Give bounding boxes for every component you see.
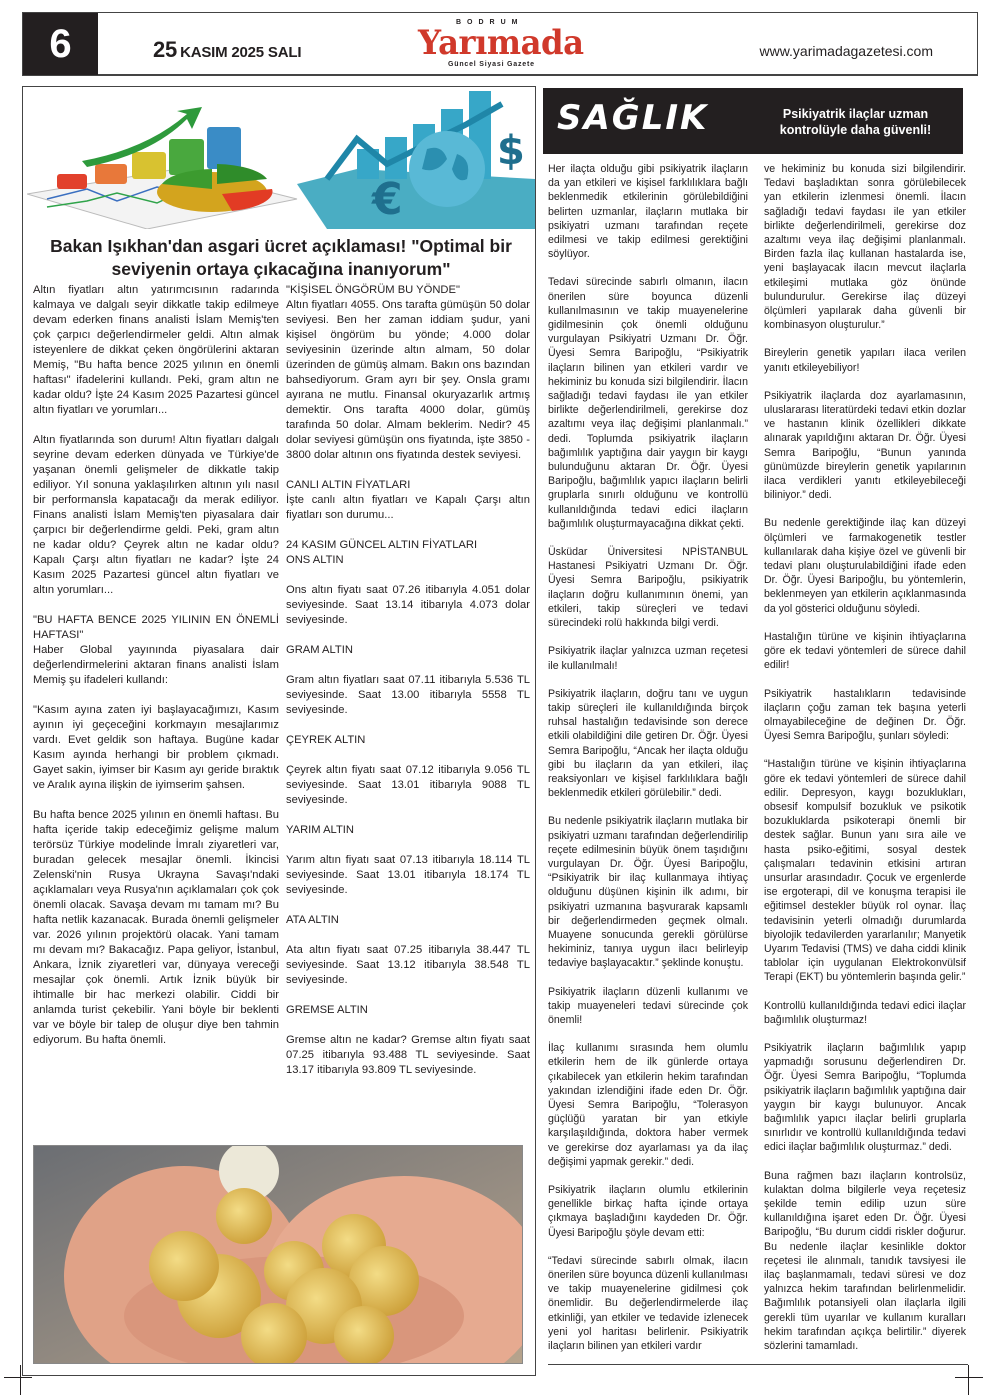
paragraph: ve hekiminiz bu konuda sizi bilgilendiri…: [764, 162, 966, 332]
paragraph: Bu nedenle gerektiğinde ilaç kan düzeyi …: [764, 516, 966, 615]
gold-coins-icon: [34, 1146, 523, 1364]
issue-date: 25KASIM 2025 SALI: [153, 37, 301, 63]
logo-main-text: Yarımada: [418, 23, 584, 63]
paragraph: Altın fiyatları altın yatırımcısının rad…: [33, 283, 279, 418]
paragraph: "Kasım ayına zaten iyi başlayacağımızı, …: [33, 703, 279, 793]
health-section-title: SAĞLIK: [557, 98, 708, 138]
issue-date-day: 25: [153, 37, 177, 62]
crop-mark: [955, 1377, 983, 1378]
paragraph: Haber Global yayınında piyasalara dair d…: [33, 643, 279, 688]
subheading: Psikiyatrik ilaçların düzenli kullanımı …: [548, 985, 748, 1028]
svg-text:$: $: [497, 128, 525, 174]
subheading: ATA ALTIN: [286, 913, 530, 928]
finance-illustration: € $: [27, 89, 535, 229]
paragraph: Çeyrek altın fiyatı saat 07.12 itibarıyl…: [286, 763, 530, 808]
crop-mark: [4, 1377, 32, 1378]
newspaper-logo[interactable]: BODRUM Yarımada Güncel Siyasi Gazete: [418, 19, 588, 75]
health-article-column-2: ve hekiminiz bu konuda sizi bilgilendiri…: [764, 162, 966, 1367]
subheading: ÇEYREK ALTIN: [286, 733, 530, 748]
paragraph: Altın fiyatları 4055. Ons tarafta gümüşü…: [286, 298, 530, 463]
paragraph: Üsküdar Üniversitesi NPİSTANBUL Hastanes…: [548, 545, 748, 630]
paragraph: Psikiyatrik ilaçların olumlu etkilerinin…: [548, 1183, 748, 1240]
svg-text:€: €: [371, 174, 403, 225]
issue-date-rest: KASIM 2025 SALI: [180, 44, 301, 61]
paragraph: Altın fiyatlarında son durum! Altın fiya…: [33, 433, 279, 598]
subheading: YARIM ALTIN: [286, 823, 530, 838]
health-article-column-1: Her ilaçta olduğu gibi psikiyatrik ilaçl…: [548, 162, 748, 1367]
finance-charts-icon: € $: [27, 89, 535, 229]
gold-coins-photo: [33, 1145, 523, 1364]
paragraph: Her ilaçta olduğu gibi psikiyatrik ilaçl…: [548, 162, 748, 261]
paragraph: “Hastalığın türüne ve kişinin ihtiyaçlar…: [764, 757, 966, 984]
gold-article: € $ Bakan Işıkhan'dan asgari ücret açıkl…: [22, 86, 536, 1376]
gold-article-headline: Bakan Işıkhan'dan asgari ücret açıklamas…: [27, 235, 535, 281]
subheading: "BU HAFTA BENCE 2025 YILININ EN ÖNEMLİ H…: [33, 613, 279, 643]
paragraph: Psikiyatrik hastalıkların tedavisinde il…: [764, 687, 966, 744]
paragraph: Ons altın fiyatı saat 07.26 itibarıyla 4…: [286, 583, 530, 628]
paragraph: “Tedavi sürecinde sabırlı olmak, ilacın …: [548, 1254, 748, 1353]
paragraph: Ata altın fiyatı saat 07.25 itibarıyla 3…: [286, 943, 530, 988]
subheading: Psikiyatrik ilaçlar yalnızca uzman reçet…: [548, 644, 748, 672]
crop-mark: [968, 1365, 969, 1395]
paragraph: Gremse altın ne kadar? Gremse altın fiya…: [286, 1033, 530, 1078]
paragraph: Bu nedenle psikiyatrik ilaçların mutlaka…: [548, 814, 748, 970]
health-article-headline: Psikiyatrik ilaçlar uzman kontrolüyle da…: [763, 106, 948, 138]
gold-article-column-1: Altın fiyatları altın yatırımcısının rad…: [33, 283, 279, 1063]
subheading: "KİŞİSEL ÖNGÖRÜM BU YÖNDE": [286, 283, 530, 298]
health-section-banner: SAĞLIK Psikiyatrik ilaçlar uzman kontrol…: [543, 88, 963, 154]
website-link[interactable]: www.yarimadagazetesi.com: [759, 43, 933, 59]
paragraph: Gram altın fiyatları saat 07.11 itibarıy…: [286, 673, 530, 718]
subheading: ONS ALTIN: [286, 553, 530, 568]
subheading: GREMSE ALTIN: [286, 1003, 530, 1018]
bottom-rule: [548, 1364, 968, 1365]
gold-article-column-2: "KİŞİSEL ÖNGÖRÜM BU YÖNDE" Altın fiyatla…: [286, 283, 530, 1093]
paragraph: Buna rağmen bazı ilaçların kontrolsüz, k…: [764, 1169, 966, 1354]
subheading: 24 KASIM GÜNCEL ALTIN FİYATLARI: [286, 538, 530, 553]
page-header: 6 25KASIM 2025 SALI BODRUM Yarımada Günc…: [22, 12, 978, 76]
paragraph: Tedavi sürecinde sabırlı olmanın, ilacın…: [548, 275, 748, 531]
crop-mark: [20, 1365, 21, 1395]
subheading: GRAM ALTIN: [286, 643, 530, 658]
paragraph: İlaç kullanımı sırasında hem olumlu etki…: [548, 1041, 748, 1169]
logo-sub-text: Güncel Siyasi Gazete: [448, 61, 535, 68]
paragraph: Psikiyatrik ilaçların, doğru tanı ve uyg…: [548, 687, 748, 801]
paragraph: Psikiyatrik ilaçların bağımlılık yapıp y…: [764, 1041, 966, 1155]
subheading: Kontrollü kullanıldığında tedavi edici i…: [764, 999, 966, 1027]
paragraph: İşte canlı altın fiyatları ve Kapalı Çar…: [286, 493, 530, 523]
page-number: 6: [23, 13, 98, 75]
subheading: CANLI ALTIN FİYATLARI: [286, 478, 530, 493]
paragraph: Bu hafta bence 2025 yılının en önemli ha…: [33, 808, 279, 1048]
subheading: Hastalığın türüne ve kişinin ihtiyaçları…: [764, 630, 966, 673]
subheading: Bireylerin genetik yapıları ilaca verile…: [764, 346, 966, 374]
paragraph: Psikiyatrik ilaçlarda doz ayarlamasının,…: [764, 389, 966, 503]
paragraph: Yarım altın fiyatı saat 07.13 itibarıyla…: [286, 853, 530, 898]
